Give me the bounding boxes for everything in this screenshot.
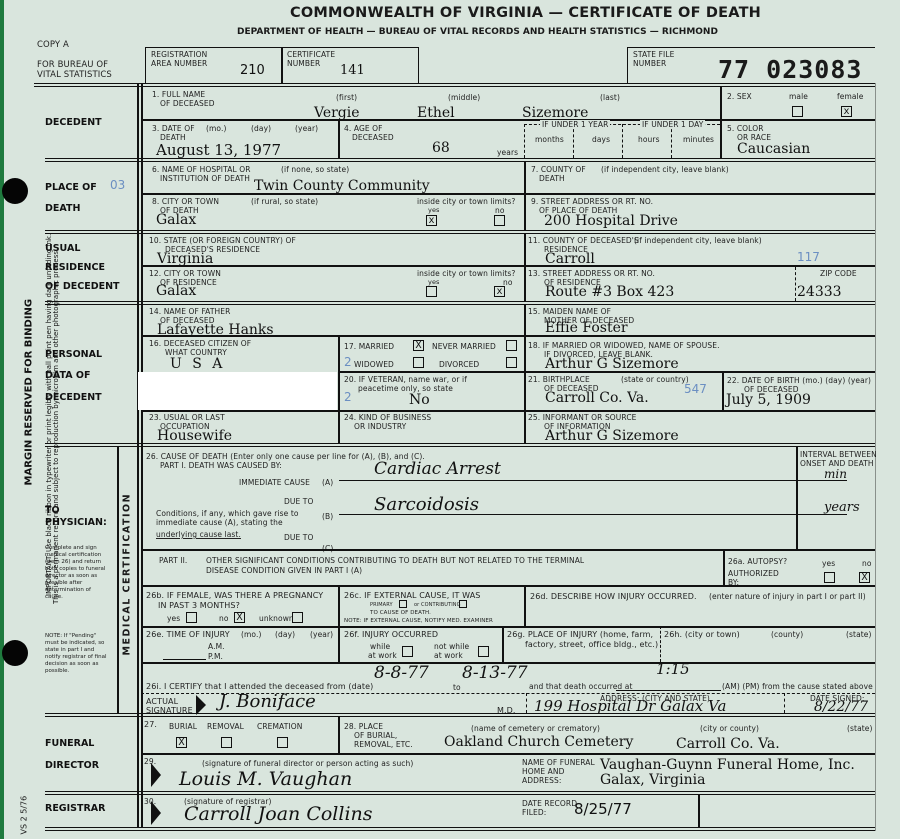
- certificate-subtitle: DEPARTMENT OF HEALTH — BUREAU OF VITAL R…: [237, 27, 718, 37]
- binding-hole-top: [2, 178, 28, 204]
- registrar-signature: Carroll Joan Collins: [184, 803, 373, 825]
- residence-street: Route #3 Box 423: [545, 284, 674, 300]
- never-married-checkbox[interactable]: [506, 340, 517, 351]
- attended-from-date: 8-8-77: [374, 663, 429, 683]
- date-of-death: August 13, 1977: [156, 141, 281, 159]
- external-contributing-checkbox[interactable]: [459, 600, 467, 608]
- certificate-title: COMMONWEALTH OF VIRGINIA — CERTIFICATE O…: [290, 5, 761, 21]
- interval-a: min: [824, 467, 847, 481]
- burial-location: Carroll Co. Va.: [676, 736, 780, 752]
- copy-for-label: FOR BUREAU OF: [37, 61, 108, 70]
- funeral-home-name: Vaughan-Guynn Funeral Home, Inc.: [600, 757, 855, 773]
- death-inside-city-yes-checkbox[interactable]: x: [426, 215, 437, 226]
- section-place-of: PLACE OF: [45, 182, 97, 193]
- section-usual-residence: USUAL: [45, 243, 80, 254]
- place-of-death-street: 200 Hospital Drive: [544, 213, 678, 229]
- date-of-birth: July 5, 1909: [726, 392, 811, 408]
- cremation-checkbox[interactable]: [277, 737, 288, 748]
- funeral-home-address: Galax, Virginia: [600, 772, 705, 788]
- section-to-physician: TO: [45, 505, 60, 516]
- sex-male-checkbox[interactable]: [792, 106, 803, 117]
- registration-area-number: 210: [240, 63, 265, 78]
- physician-note: Complete and sign medical certification …: [45, 545, 109, 601]
- occupation: Housewife: [157, 428, 232, 444]
- interval-b: years: [824, 500, 860, 515]
- section-personal-data: PERSONAL: [45, 349, 102, 360]
- injury-at-work-checkbox[interactable]: [402, 646, 413, 657]
- pregnancy-yes-checkbox[interactable]: [186, 612, 197, 623]
- pencil-note-117: 117: [797, 250, 820, 264]
- residence-inside-city-yes-checkbox[interactable]: [426, 286, 437, 297]
- section-registrar: REGISTRAR: [45, 803, 105, 814]
- pregnancy-no-checkbox[interactable]: X: [234, 612, 245, 623]
- section-funeral-director: FUNERAL: [45, 738, 94, 749]
- citizen-country: U S A: [170, 356, 225, 372]
- pregnancy-unknown-checkbox[interactable]: [292, 612, 303, 623]
- external-primary-checkbox[interactable]: [399, 600, 407, 608]
- veteran-status: No: [409, 392, 430, 408]
- medical-certification-label: MEDICAL CERTIFICATION: [122, 506, 133, 656]
- city-of-residence: Galax: [156, 283, 196, 299]
- cause-a: Cardiac Arrest: [374, 459, 501, 479]
- removal-checkbox[interactable]: [221, 737, 232, 748]
- copy-label: COPY A: [37, 41, 69, 50]
- death-certificate: COMMONWEALTH OF VIRGINIA — CERTIFICATE O…: [4, 0, 900, 839]
- pencil-note-03: 03: [110, 178, 125, 192]
- city-of-death: Galax: [156, 212, 196, 228]
- pending-note: NOTE: If "Pending" must be indicated, so…: [45, 633, 111, 675]
- funeral-director-arrow-icon: [151, 763, 161, 787]
- birthplace: Carroll Co. Va.: [545, 390, 649, 406]
- autopsy-yes-checkbox[interactable]: [824, 572, 835, 583]
- divorced-checkbox[interactable]: [506, 357, 517, 368]
- state-file-number: 77 023083: [718, 55, 862, 84]
- age-of-deceased: 68: [432, 140, 450, 156]
- color-or-race: Caucasian: [737, 141, 810, 157]
- date-record-filed: 8/25/77: [574, 800, 632, 818]
- certificate-number: 141: [340, 63, 365, 78]
- sex-female-checkbox[interactable]: x: [841, 106, 852, 117]
- married-checkbox[interactable]: X: [413, 340, 424, 351]
- physician-address: 199 Hospital Dr Galax Va: [534, 697, 726, 715]
- date-signed: 8/22/77: [814, 699, 868, 715]
- burial-place: Oakland Church Cemetery: [444, 734, 633, 750]
- injury-not-at-work-checkbox[interactable]: [478, 646, 489, 657]
- spouse-name: Arthur G Sizemore: [545, 356, 679, 372]
- copy-for-label2: VITAL STATISTICS: [37, 71, 112, 80]
- hospital-name: Twin County Community: [254, 178, 430, 194]
- redacted-field: [138, 372, 337, 410]
- widowed-checkbox[interactable]: [413, 357, 424, 368]
- mother-maiden-name: Effie Foster: [545, 320, 628, 336]
- registrar-arrow-icon: [151, 801, 161, 825]
- binding-hole-bottom: [2, 640, 28, 666]
- county-of-residence: Carroll: [545, 251, 595, 267]
- physician-signature: J. Boniface: [219, 691, 316, 712]
- cause-b: Sarcoidosis: [374, 494, 479, 515]
- informant: Arthur G Sizemore: [545, 428, 679, 444]
- attended-to-date: 8-13-77: [462, 663, 528, 683]
- margin-reserved-label: MARGIN RESERVED FOR BINDING: [24, 316, 35, 486]
- burial-checkbox[interactable]: X: [176, 737, 187, 748]
- residence-inside-city-no-checkbox[interactable]: x: [494, 286, 505, 297]
- autopsy-no-checkbox[interactable]: X: [859, 572, 870, 583]
- funeral-director-signature: Louis M. Vaughan: [179, 768, 352, 790]
- form-code: VS 2 5/76: [20, 775, 29, 835]
- section-decedent: DECEDENT: [45, 117, 102, 128]
- zip-code: 24333: [797, 284, 842, 300]
- signature-arrow-icon: [196, 695, 206, 715]
- death-time: 1:15: [656, 660, 690, 678]
- death-inside-city-no-checkbox[interactable]: [494, 215, 505, 226]
